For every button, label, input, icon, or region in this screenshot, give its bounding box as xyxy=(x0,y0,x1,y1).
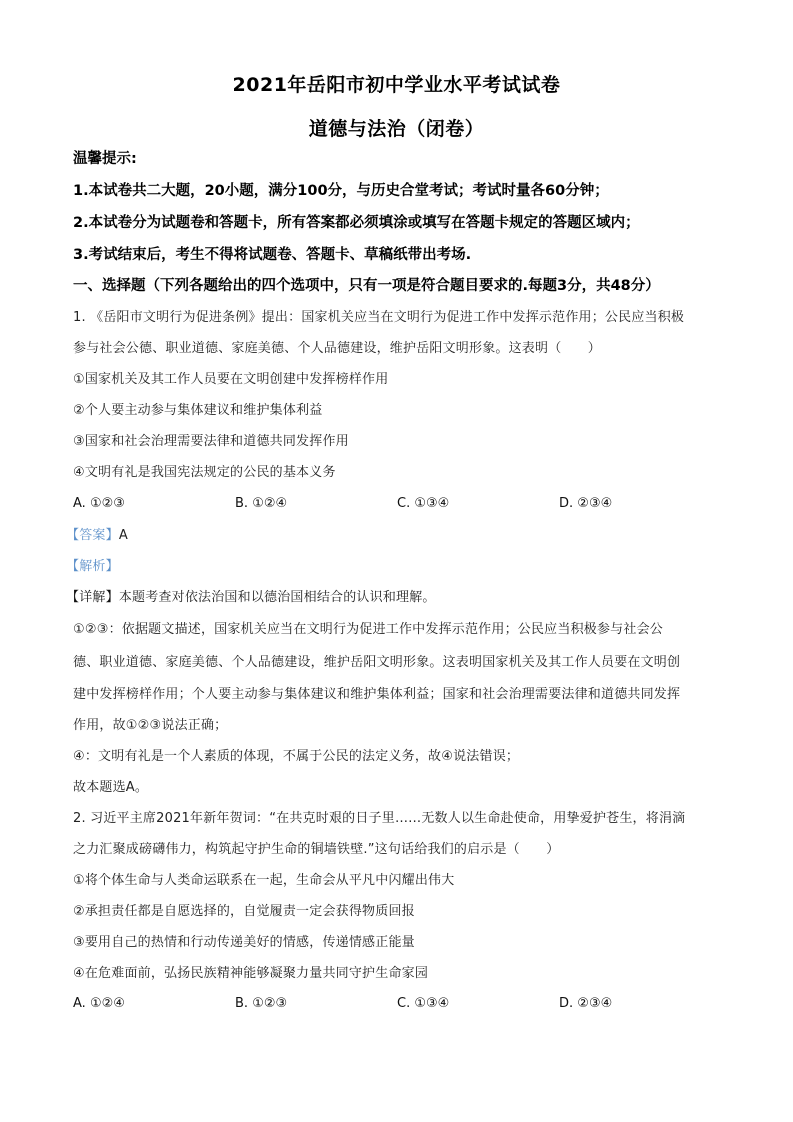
q2-option-a[interactable]: A. ①②④ xyxy=(73,996,125,1011)
option-letter: D. xyxy=(559,496,573,511)
q1-stem-line-1: 1. 《岳阳市文明行为促进条例》提出：国家机关应当在文明行为促进工作中发挥示范作… xyxy=(73,309,684,327)
option-value: ①②③ xyxy=(90,496,125,511)
exam-subtitle: 道德与法治（闭卷） xyxy=(0,114,793,141)
option-letter: A. xyxy=(73,496,86,511)
notice-item-1: 1.本试卷共二大题，20小题，满分100分，与历史合堂考试；考试时量各60分钟； xyxy=(73,182,609,200)
q2-option-c[interactable]: C. ①③④ xyxy=(397,996,449,1011)
q2-option-b[interactable]: B. ①②③ xyxy=(235,996,287,1011)
option-letter: B. xyxy=(235,996,248,1011)
option-letter: C. xyxy=(397,496,410,511)
q2-statement-2: ②承担责任都是自愿选择的，自觉履责一定会获得物质回报 xyxy=(73,903,415,921)
notice-item-2: 2.本试卷分为试题卷和答题卡，所有答案都必须填涂或填写在答题卡规定的答题区域内； xyxy=(73,214,640,232)
q1-explanation-line-2: 德、职业道德、家庭美德、个人品德建设，维护岳阳文明形象。这表明国家机关及其工作人… xyxy=(73,654,680,672)
option-letter: B. xyxy=(235,496,248,511)
q1-statement-2: ②个人要主动参与集体建议和维护集体利益 xyxy=(73,402,322,420)
option-value: ①③④ xyxy=(414,996,449,1011)
q2-option-d[interactable]: D. ②③④ xyxy=(559,996,612,1011)
q1-explanation-line-1: ①②③：依据题文描述，国家机关应当在文明行为促进工作中发挥示范作用；公民应当积极… xyxy=(73,621,663,639)
q1-analysis-label: 【解析】 xyxy=(66,558,119,576)
q1-answer: 【答案】A xyxy=(66,527,128,545)
q2-stem-line-1: 2. 习近平主席2021年新年贺词：“在共克时艰的日子里……无数人以生命赴使命，… xyxy=(73,810,685,828)
answer-label: 【答案】 xyxy=(66,528,119,543)
exam-page: 2021年岳阳市初中学业水平考试试卷 道德与法治（闭卷） 温馨提示: 1.本试卷… xyxy=(0,0,793,1122)
q1-explanation-line-5: ④：文明有礼是一个人素质的体现，不属于公民的法定义务，故④说法错误； xyxy=(73,748,519,766)
option-value: ①③④ xyxy=(414,496,449,511)
q1-option-c[interactable]: C. ①③④ xyxy=(397,496,449,511)
q1-statement-4: ④文明有礼是我国宪法规定的公民的基本义务 xyxy=(73,464,336,482)
q1-statement-1: ①国家机关及其工作人员要在文明创建中发挥榜样作用 xyxy=(73,371,388,389)
q1-statement-3: ③国家和社会治理需要法律和道德共同发挥作用 xyxy=(73,433,349,451)
option-value: ②③④ xyxy=(577,496,612,511)
notice-item-3: 3.考试结束后，考生不得将试题卷、答题卡、草稿纸带出考场. xyxy=(73,246,471,264)
analysis-label: 【解析】 xyxy=(66,559,119,574)
notice-heading: 温馨提示: xyxy=(73,150,137,168)
q2-statement-3: ③要用自己的热情和行动传递美好的情感，传递情感正能量 xyxy=(73,934,415,952)
q1-detail: 【详解】本题考查对依法治国和以德治国相结合的认识和理解。 xyxy=(66,589,436,607)
q1-option-b[interactable]: B. ①②④ xyxy=(235,496,287,511)
section-heading: 一、选择题（下列各题给出的四个选项中，只有一项是符合题目要求的.每题3分，共48… xyxy=(73,277,660,295)
option-value: ①②③ xyxy=(252,996,287,1011)
q1-option-a[interactable]: A. ①②③ xyxy=(73,496,125,511)
option-value: ②③④ xyxy=(577,996,612,1011)
q1-option-d[interactable]: D. ②③④ xyxy=(559,496,612,511)
detail-label: 【详解】 xyxy=(66,590,119,605)
q1-stem-line-2: 参与社会公德、职业道德、家庭美德、个人品德建设，维护岳阳文明形象。这表明（ ） xyxy=(73,340,601,358)
q2-statement-1: ①将个体生命与人类命运联系在一起，生命会从平凡中闪耀出伟大 xyxy=(73,872,454,890)
option-letter: A. xyxy=(73,996,86,1011)
q1-explanation-line-6: 故本题选A。 xyxy=(73,779,148,797)
exam-title: 2021年岳阳市初中学业水平考试试卷 xyxy=(0,70,793,97)
option-value: ①②④ xyxy=(252,496,287,511)
option-letter: C. xyxy=(397,996,410,1011)
q2-stem-line-2: 之力汇聚成磅礴伟力，构筑起守护生命的铜墙铁壁.”这句话给我们的启示是（ ） xyxy=(73,841,559,859)
answer-value: A xyxy=(119,528,128,543)
q2-statement-4: ④在危难面前，弘扬民族精神能够凝聚力量共同守护生命家园 xyxy=(73,965,428,983)
option-value: ①②④ xyxy=(90,996,125,1011)
q1-explanation-line-3: 建中发挥榜样作用；个人要主动参与集体建议和维护集体利益；国家和社会治理需要法律和… xyxy=(73,686,680,704)
option-letter: D. xyxy=(559,996,573,1011)
q1-explanation-line-4: 作用，故①②③说法正确； xyxy=(73,717,227,735)
detail-intro: 本题考查对依法治国和以德治国相结合的认识和理解。 xyxy=(119,590,436,605)
